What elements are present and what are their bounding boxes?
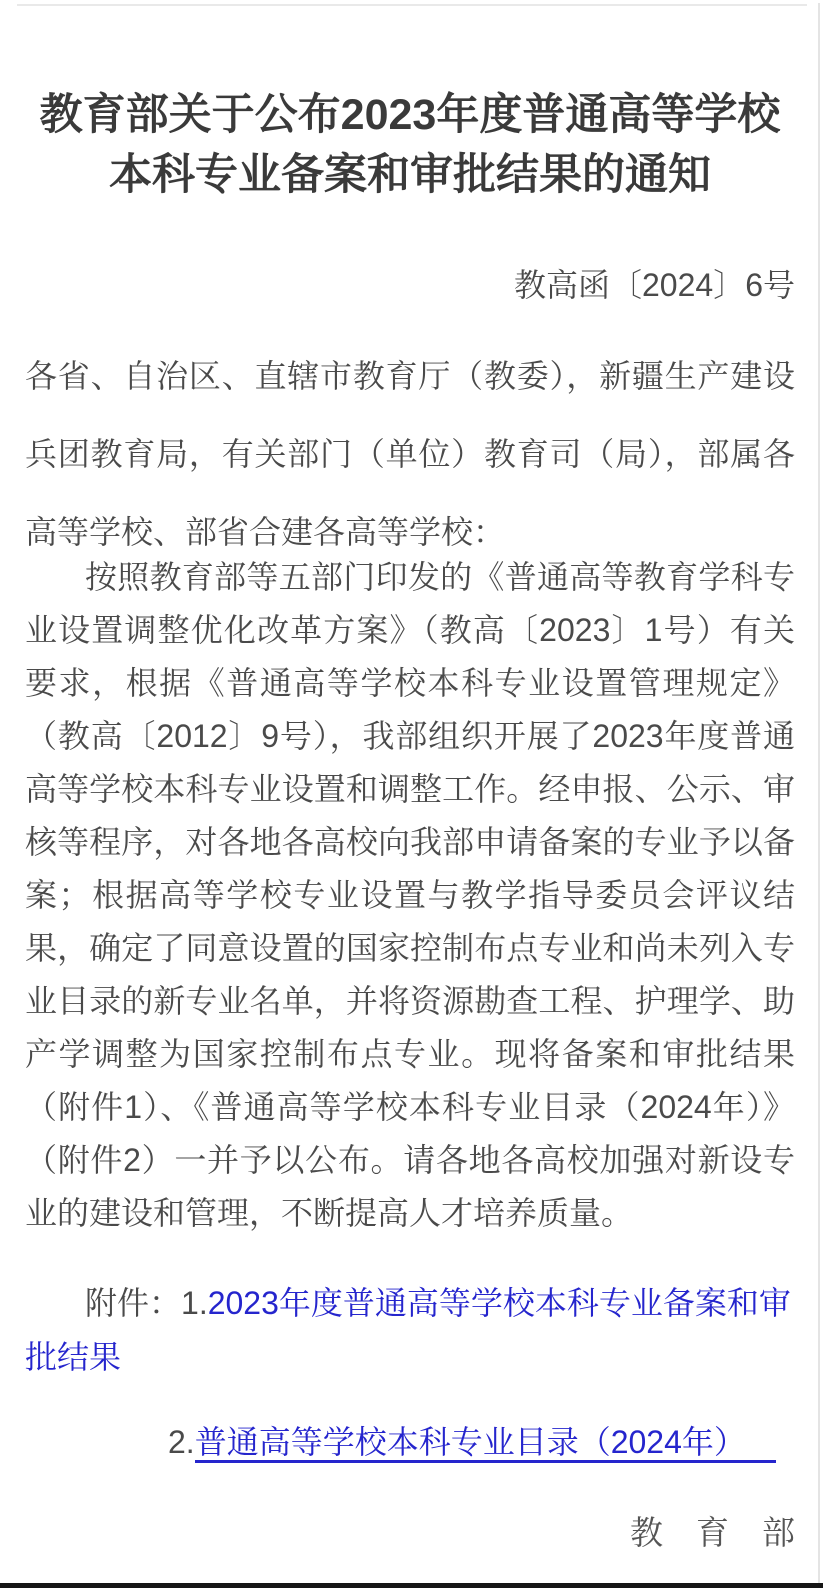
right-border-line [818, 3, 820, 1583]
recipients-paragraph: 各省、自治区、直辖市教育厅（教委），新疆生产建设兵团教育局，有关部门（单位）教育… [25, 337, 795, 571]
bottom-bar [0, 1583, 823, 1588]
notice-content: 教育部关于公布2023年度普通高等学校本科专业备案和审批结果的通知 教高函〔20… [25, 0, 795, 1557]
attachment-2-link[interactable]: 普通高等学校本科专业目录（2024年） [195, 1424, 776, 1463]
signature: 教 育 部 [25, 1509, 795, 1557]
body-paragraph: 按照教育部等五部门印发的《普通高等教育学科专业设置调整优化改革方案》（教高〔20… [25, 551, 795, 1240]
notice-title: 教育部关于公布2023年度普通高等学校本科专业备案和审批结果的通知 [25, 85, 795, 205]
notice-document-page: 教育部关于公布2023年度普通高等学校本科专业备案和审批结果的通知 教高函〔20… [0, 0, 823, 1588]
attachment-2-number: 2. [168, 1424, 195, 1460]
document-number: 教高函〔2024〕6号 [25, 263, 795, 307]
attachments-line-1: 附件：1.2023年度普通高等学校本科专业备案和审批结果 [25, 1276, 795, 1384]
attachments-line-2: 2.普通高等学校本科专业目录（2024年） [168, 1415, 795, 1469]
attachment-1-number: 1. [181, 1285, 208, 1321]
attachments-label: 附件： [85, 1285, 181, 1321]
